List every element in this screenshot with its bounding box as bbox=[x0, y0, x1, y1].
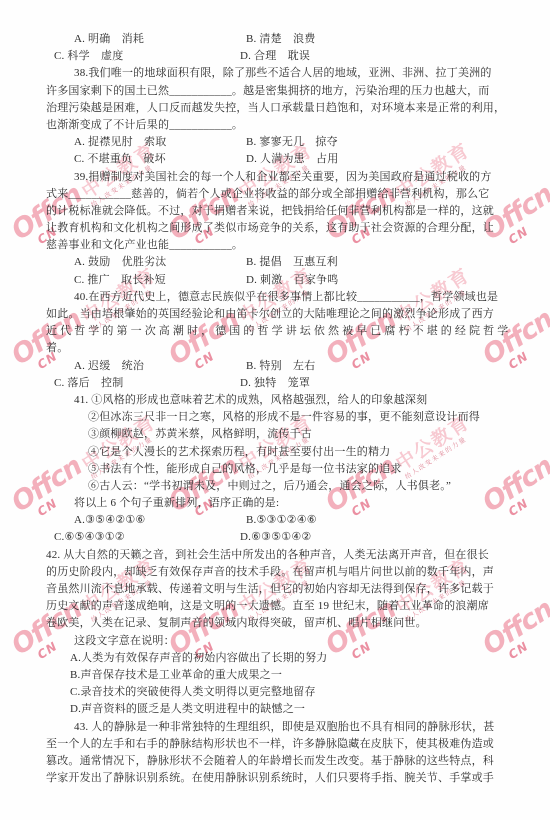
text-line: 这段文字意在说明： bbox=[46, 633, 508, 650]
option-left: C.⑥⑤④③①② bbox=[54, 529, 240, 546]
text-line: B.声音保存技术是工业革命的重大成果之一 bbox=[46, 667, 508, 684]
option-left: A. 鼓励 优胜劣汰 bbox=[74, 254, 246, 271]
option-right: D.⑥③⑤①④② bbox=[240, 529, 311, 546]
option-left: C. 推广 取长补短 bbox=[74, 272, 246, 289]
text-line: 38.我们唯一的地球面积有限，除了那些不适合人居的地域，亚洲、非洲、拉丁美洲的 bbox=[46, 65, 508, 82]
option-right: B. 寥寥无几 掠夺 bbox=[246, 134, 338, 151]
text-line: 音虽然川流不息地承载、传递着文明与生活，但它的初始内容却无法得到保存，许多记载于 bbox=[46, 581, 508, 598]
text-line: A. 迟缓 统治B. 特别 左右 bbox=[46, 358, 508, 375]
option-right: D. 合理 耽误 bbox=[240, 48, 310, 65]
text-line: 慈善事业和文化产业也能___________。 bbox=[46, 237, 508, 254]
text-line: C.⑥⑤④③①②D.⑥③⑤①④② bbox=[46, 529, 508, 546]
text-line: D.声音资料的匮乏是人类文明进程中的缺憾之一 bbox=[46, 701, 508, 718]
text-line: 卷欧美，人类在记录、复制声音的领域内取得突破，留声机、唱片相继问世。 bbox=[46, 615, 508, 632]
option-right: B. 提倡 互惠互利 bbox=[246, 254, 338, 271]
text-line: 的计税标准就会降低。不过，对于捐赠者来说，把钱捐给任何非营利机构都是一样的，这就 bbox=[46, 203, 508, 220]
text-line: 治理污染越是困难，人口反而越发失控，当人口承载量日趋饱和，对环境本来是正常的利用… bbox=[46, 100, 508, 117]
text-line: 也渐渐变成了不计后果的___________。 bbox=[46, 117, 508, 134]
question-text-block: A. 明确 消耗B. 清楚 浪费C. 科学 虚度D. 合理 耽误38.我们唯一的… bbox=[46, 31, 508, 787]
text-line: ④它是个人漫长的艺术探索历程，有时甚至要付出一生的精力 bbox=[46, 444, 508, 461]
text-line: ⑥古人云：“学书初谓未及，中则过之，后乃通会，通会之际，人书俱老。” bbox=[46, 478, 508, 495]
text-line: C. 推广 取长补短D. 刺激 百家争鸣 bbox=[46, 272, 508, 289]
text-line: C. 落后 控制D. 独特 笼罩 bbox=[46, 375, 508, 392]
text-line: C.录音技术的突破使得人类文明得以更完整地留存 bbox=[46, 684, 508, 701]
text-line: 式来___________慈善的，倘若个人或企业将收益的部分或全部捐赠给非营利机… bbox=[46, 186, 508, 203]
text-line: C. 科学 虚度D. 合理 耽误 bbox=[46, 48, 508, 65]
text-line: 学家开发出了静脉识别系统。在使用静脉识别系统时，人们只要将手指、腕关节、手掌或手 bbox=[46, 770, 508, 787]
text-line: C. 不堪重负 破坏D. 人满为患 占用 bbox=[46, 151, 508, 168]
option-left: C. 科学 虚度 bbox=[54, 48, 240, 65]
text-line: A. 捉襟见肘 索取B. 寥寥无几 掠夺 bbox=[46, 134, 508, 151]
text-line: A.人类为有效保存声音的初始内容做出了长期的努力 bbox=[46, 650, 508, 667]
option-right: B. 清楚 浪费 bbox=[246, 31, 315, 48]
option-left: A. 捉襟见肘 索取 bbox=[74, 134, 246, 151]
text-line: 如此。当由培根肇始的英国经验论和由笛卡尔创立的大陆唯理论之间的激烈争论形成了西方 bbox=[46, 306, 508, 323]
text-line: 将以上 6 个句子重新排列，语序正确的是: bbox=[46, 495, 508, 512]
text-line: A.③⑤④②①⑥B.⑤③①②④⑥ bbox=[46, 512, 508, 529]
text-line: 43. 人的静脉是一种非常独特的生理组织，即使是双胞胎也不具有相同的静脉形状，甚 bbox=[46, 719, 508, 736]
text-line: 篡改。通常情况下，静脉形状不会随着人的年龄增长而发生改变。基于静脉的这些特点，科 bbox=[46, 753, 508, 770]
text-line: 41. ①风格的形成也意味着艺术的成熟，风格越强烈，给人的印象越深刻 bbox=[46, 392, 508, 409]
text-line: A. 明确 消耗B. 清楚 浪费 bbox=[46, 31, 508, 48]
text-line: 39.捐赠制度对美国社会的每一个人和企业都至关重要，因为美国政府是通过税收的方 bbox=[46, 169, 508, 186]
text-line: 许多国家剩下的国土已然___________。越是密集拥挤的地方，污染治理的压力… bbox=[46, 83, 508, 100]
text-line: 让教育机构和文化机构之间形成了类似市场竞争的关系，这有助于社会资源的合理分配，让 bbox=[46, 220, 508, 237]
text-line: 至一个人的左手和右手的静脉结构形状也不一样，许多静脉隐藏在皮肤下，使其极难伪造或 bbox=[46, 736, 508, 753]
text-line: ⑤书法有个性，能形成自己的风格，几乎是每一位书法家的追求 bbox=[46, 461, 508, 478]
text-line: 40.在西方近代史上，德意志民族似乎在很多事情上都比较___________，哲… bbox=[46, 289, 508, 306]
text-line: 42. 从大自然的天籁之音，到社会生活中所发出的各种声音，人类无法离开声音，但在… bbox=[46, 547, 508, 564]
text-line: A. 鼓励 优胜劣汰B. 提倡 互惠互利 bbox=[46, 254, 508, 271]
option-right: D. 人满为患 占用 bbox=[246, 151, 338, 168]
option-left: A.③⑤④②①⑥ bbox=[74, 512, 246, 529]
text-line: 近代哲学的第一次高潮时，德国的哲学讲坛依然被早已腐朽不堪的经院哲学 bbox=[46, 323, 508, 340]
text-line: ②但冰冻三尺非一日之寒，风格的形成不是一件容易的事，更不能刻意设计而得 bbox=[46, 409, 508, 426]
option-left: C. 落后 控制 bbox=[54, 375, 240, 392]
text-line: 的历史阶段内，却缺乏有效保存声音的技术手段。在留声机与唱片问世以前的数千年内，声 bbox=[46, 564, 508, 581]
document-page: OffcnCN中公教育给人改变未来的力量OffcnCN中公教育给人改变未来的力量… bbox=[0, 0, 550, 820]
option-left: A. 迟缓 统治 bbox=[74, 358, 246, 375]
option-right: D. 独特 笼罩 bbox=[240, 375, 310, 392]
option-left: A. 明确 消耗 bbox=[74, 31, 246, 48]
option-right: D. 刺激 百家争鸣 bbox=[246, 272, 338, 289]
option-right: B.⑤③①②④⑥ bbox=[246, 512, 317, 529]
option-left: C. 不堪重负 破坏 bbox=[74, 151, 246, 168]
text-line: 着。 bbox=[46, 340, 508, 357]
text-line: ③颜柳欧赵，苏黄米蔡，风格鲜明，流传千古 bbox=[46, 426, 508, 443]
text-line: 历史文献的声音遂成绝响，这是文明的一大遗憾。直至 19 世纪末，随着工业革命的浪… bbox=[46, 598, 508, 615]
option-right: B. 特别 左右 bbox=[246, 358, 315, 375]
